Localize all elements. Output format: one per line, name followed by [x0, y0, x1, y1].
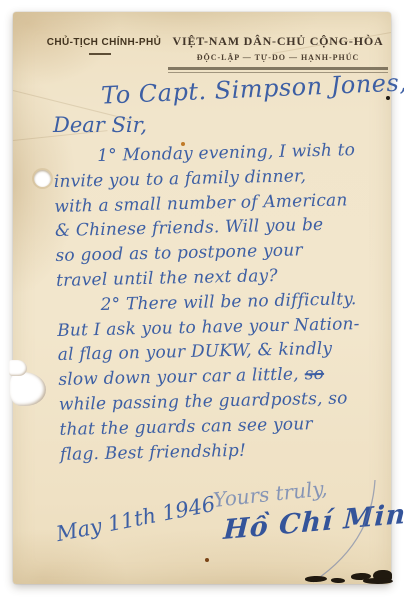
punch-hole	[34, 170, 51, 187]
letterhead-right-motto: ĐỘC-LẬP — TỰ-DO — HẠNH-PHÚC	[168, 53, 388, 62]
paper-speck	[205, 558, 209, 562]
letterhead-left-title: CHỦ-TỊCH CHÍNH-PHỦ	[44, 37, 164, 48]
paper-speck	[386, 96, 390, 100]
letter-paper: CHỦ-TỊCH CHÍNH-PHỦ VIỆT-NAM DÂN-CHỦ CỘNG…	[13, 12, 391, 584]
burn-mark	[331, 578, 345, 583]
burn-mark	[363, 578, 393, 584]
letterhead-left-rule	[89, 53, 111, 55]
letterhead-right: VIỆT-NAM DÂN-CHỦ CỘNG-HÒA ĐỘC-LẬP — TỰ-D…	[168, 34, 388, 73]
recipient-line: To Capt. Simpson Jones,	[101, 68, 404, 109]
burn-mark	[305, 576, 327, 583]
torn-edge	[10, 372, 46, 406]
scan-background: CHỦ-TỊCH CHÍNH-PHỦ VIỆT-NAM DÂN-CHỦ CỘNG…	[0, 0, 404, 600]
paper-speck	[181, 142, 185, 146]
torn-edge	[9, 360, 27, 376]
date-line: May 11th 1946	[54, 492, 217, 546]
letterhead-right-title: VIỆT-NAM DÂN-CHỦ CỘNG-HÒA	[168, 34, 388, 49]
salutation-line: Dear Sir,	[53, 113, 147, 137]
letter-body: 1° Monday evening, I wish toinvite you t…	[53, 137, 395, 467]
struck-word: so	[305, 364, 325, 384]
